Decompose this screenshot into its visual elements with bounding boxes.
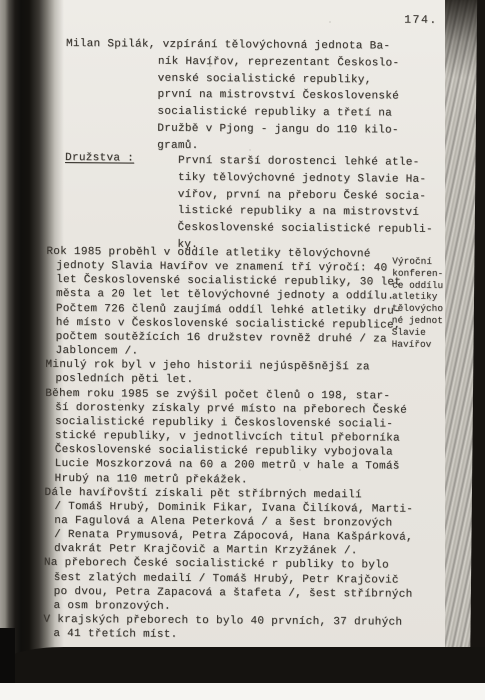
body-paragraph: Dále havířovští získali pět stříbrných m… <box>44 485 413 559</box>
body-text: Rok 1985 proběhl v oddíle atletiky tělov… <box>43 245 415 644</box>
page-number: 174. <box>404 14 438 27</box>
teams-section: Družstva : První starší dorostenci lehké… <box>64 152 433 256</box>
body-paragraph: Během roku 1985 se zvýšil počet členů o … <box>45 386 415 488</box>
body-paragraph: Minulý rok byl v jeho historii nejúspěšn… <box>45 358 414 389</box>
teams-label: Družstva : <box>64 152 178 254</box>
body-paragraph: V krajských přeborech to bylo 40 prvních… <box>43 613 412 644</box>
body-paragraph: Na přeborech České socialistické r publi… <box>43 556 412 616</box>
margin-note: Výroční konferen- ce oddílu atletiky těl… <box>392 256 444 351</box>
teams-description: První starší dorostenci lehké atle- tiky… <box>177 153 433 256</box>
body-paragraph: Rok 1985 proběhl v oddíle atletiky tělov… <box>46 245 416 361</box>
typewritten-text-layer: 174. Milan Spilák, vzpírání tělovýchovná… <box>0 0 485 687</box>
scanned-book-page: 174. Milan Spilák, vzpírání tělovýchovná… <box>0 0 485 700</box>
athlete-heading: Milan Spilák, vzpírání tělovýchovná jedn… <box>65 36 399 156</box>
